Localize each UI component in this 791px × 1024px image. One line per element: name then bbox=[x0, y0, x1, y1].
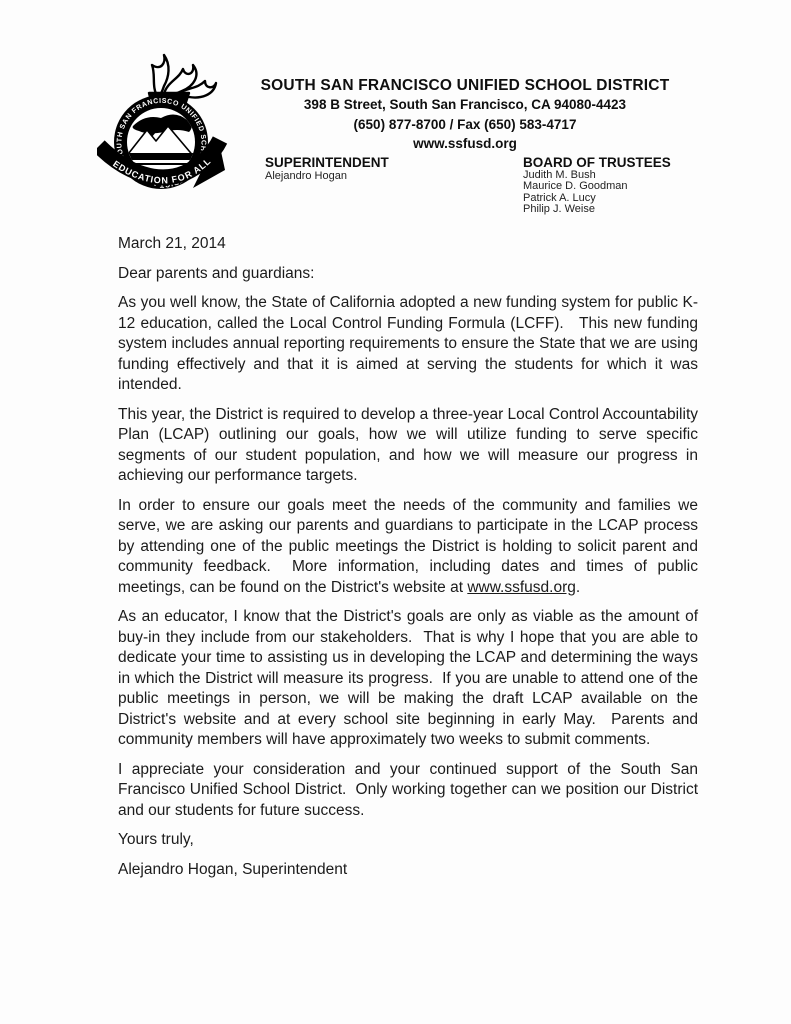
superintendent-name: Alejandro Hogan bbox=[265, 170, 389, 182]
letter-body: March 21, 2014 Dear parents and guardian… bbox=[118, 234, 698, 889]
board-member: Philip J. Weise bbox=[523, 204, 671, 215]
board-label: BOARD OF TRUSTEES bbox=[523, 155, 671, 170]
paragraph-lcap-requirement: This year, the District is required to d… bbox=[118, 405, 698, 487]
district-website: www.ssfusd.org bbox=[258, 134, 672, 154]
paragraph-public-meetings: In order to ensure our goals meet the ne… bbox=[118, 496, 698, 599]
paragraph-lcff-intro: As you well know, the State of Californi… bbox=[118, 293, 698, 396]
website-link[interactable]: www.ssfusd.org bbox=[467, 579, 576, 596]
district-seal-graphic: SOUTH SAN FRANCISCO UNIFIED SCHOOL DISTR… bbox=[97, 52, 229, 204]
letterhead: SOUTH SAN FRANCISCO UNIFIED SCHOOL DISTR… bbox=[258, 76, 672, 154]
paragraph-public-meetings-text: In order to ensure our goals meet the ne… bbox=[118, 497, 698, 596]
district-name: SOUTH SAN FRANCISCO UNIFIED SCHOOL DISTR… bbox=[258, 76, 672, 95]
scanned-letter-page: SOUTH SAN FRANCISCO UNIFIED SCHOOL DISTR… bbox=[0, 0, 791, 1024]
signature-line: Alejandro Hogan, Superintendent bbox=[118, 860, 698, 881]
district-phone-fax: (650) 877-8700 / Fax (650) 583-4717 bbox=[258, 115, 672, 135]
closing: Yours truly, bbox=[118, 830, 698, 851]
paragraph-stakeholder-buyin: As an educator, I know that the District… bbox=[118, 607, 698, 751]
board-of-trustees-block: BOARD OF TRUSTEES Judith M. Bush Maurice… bbox=[523, 155, 671, 216]
salutation: Dear parents and guardians: bbox=[118, 264, 698, 285]
superintendent-label: SUPERINTENDENT bbox=[265, 155, 389, 170]
paragraph-appreciation: I appreciate your consideration and your… bbox=[118, 760, 698, 822]
letter-date: March 21, 2014 bbox=[118, 234, 698, 255]
district-seal-logo: SOUTH SAN FRANCISCO UNIFIED SCHOOL DISTR… bbox=[97, 52, 229, 204]
superintendent-block: SUPERINTENDENT Alejandro Hogan bbox=[265, 155, 389, 182]
district-address: 398 B Street, South San Francisco, CA 94… bbox=[258, 95, 672, 115]
paragraph-public-meetings-end: . bbox=[576, 579, 580, 596]
